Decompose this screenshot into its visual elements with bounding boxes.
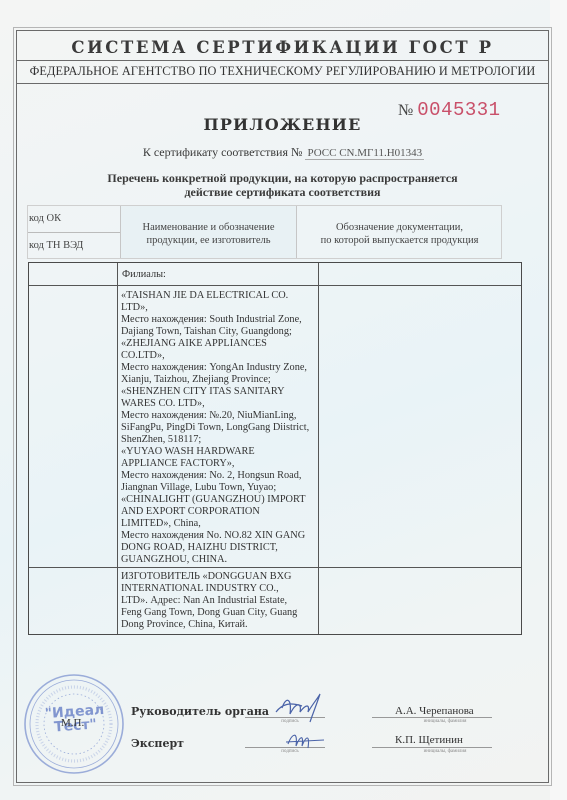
- expert-name: К.П. Щетинин: [395, 734, 463, 746]
- signature-expert-icon: [284, 728, 328, 752]
- header-divider: [16, 60, 549, 61]
- footer-print-info: [0, 785, 567, 790]
- name-line: [372, 747, 492, 748]
- header-border: [27, 205, 502, 259]
- column-divider: [117, 263, 118, 634]
- table-row-branches-label: Филиалы:: [122, 269, 317, 281]
- row-divider: [29, 285, 521, 286]
- cert-ref-label: К сертификату соответствия №: [143, 145, 303, 159]
- stamp-mp-label: М.П.: [61, 717, 84, 729]
- product-list-title: Перечень конкретной продукции, на котору…: [16, 171, 549, 199]
- list-title-line: действие сертификата соответствия: [16, 185, 549, 199]
- cert-ref-value: РОСС CN.МГ11.Н01343: [305, 147, 424, 160]
- head-of-body-name: А.А. Черепанова: [395, 705, 474, 717]
- product-table: Филиалы: «TAISHAN JIE DA ELECTRICAL CO. …: [28, 262, 522, 635]
- name-line: [372, 717, 492, 718]
- list-title-line: Перечень конкретной продукции, на котору…: [16, 171, 549, 185]
- table-header: код ОК код ТН ВЭД Наименование и обознач…: [27, 205, 502, 259]
- table-row-manufacturer: ИЗГОТОВИТЕЛЬ «DONGGUAN BXG INTERNATIONAL…: [121, 571, 321, 631]
- page-margin: [550, 0, 567, 800]
- table-row-branches: «TAISHAN JIE DA ELECTRICAL CO. LTD», Мес…: [121, 290, 321, 566]
- header-divider: [16, 83, 549, 84]
- system-title: СИСТЕМА СЕРТИФИКАЦИИ ГОСТ Р: [16, 38, 549, 57]
- name-caption: инициалы, фамилия: [410, 749, 480, 754]
- expert-label: Эксперт: [131, 737, 184, 750]
- signature-head-icon: [272, 692, 328, 724]
- agency-title: ФЕДЕРАЛЬНОЕ АГЕНТСТВО ПО ТЕХНИЧЕСКОМУ РЕ…: [16, 64, 549, 79]
- certificate-reference: К сертификату соответствия №РОСС CN.МГ11…: [0, 145, 567, 160]
- name-caption: инициалы, фамилия: [410, 719, 480, 724]
- row-divider: [29, 567, 521, 568]
- appendix-title: ПРИЛОЖЕНИЕ: [16, 115, 549, 134]
